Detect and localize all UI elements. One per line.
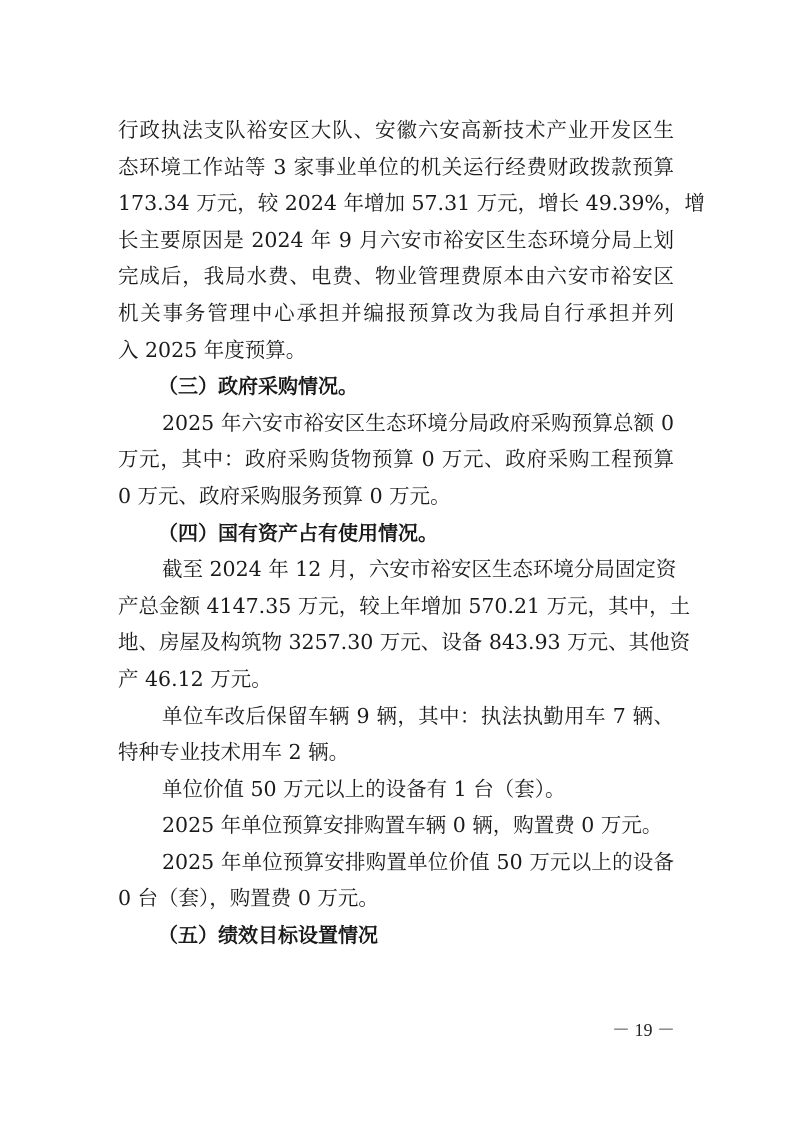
text-line: 万元，其中：政府采购货物预算 0 万元、政府采购工程预算 [118, 441, 674, 478]
text-line: 行政执法支队裕安区大队、安徽六安高新技术产业开发区生 [118, 112, 674, 149]
text-line: 截至 2024 年 12 月，六安市裕安区生态环境分局固定资 [118, 551, 674, 588]
text-line: 地、房屋及构筑物 3257.30 万元、设备 843.93 万元、其他资 [118, 624, 674, 661]
text-line: 入 2025 年度预算。 [118, 332, 674, 369]
text-line: 单位价值 50 万元以上的设备有 1 台（套）。 [118, 771, 674, 808]
paragraph-vehicles: 单位车改后保留车辆 9 辆，其中：执法执勤用车 7 辆、 特种专业技术用车 2 … [118, 698, 674, 771]
paragraph-fixed-assets: 截至 2024 年 12 月，六安市裕安区生态环境分局固定资 产总金额 4147… [118, 551, 674, 697]
page-number: － 19 － [612, 1016, 675, 1042]
document-page-body: 行政执法支队裕安区大队、安徽六安高新技术产业开发区生 态环境工作站等 3 家事业… [118, 112, 674, 954]
text-line: 机关事务管理中心承担并编报预算改为我局自行承担并列 [118, 295, 674, 332]
text-line: 长主要原因是 2024 年 9 月六安市裕安区生态环境分局上划 [118, 222, 674, 259]
section-heading-government-procurement: （三）政府采购情况。 [118, 368, 674, 405]
text-line: 0 台（套），购置费 0 万元。 [118, 880, 674, 917]
text-line: 2025 年六安市裕安区生态环境分局政府采购预算总额 0 [118, 405, 674, 442]
text-line: 产总金额 4147.35 万元，较上年增加 570.21 万元，其中，土 [118, 588, 674, 625]
text-line: 产 46.12 万元。 [118, 661, 674, 698]
text-line: 特种专业技术用车 2 辆。 [118, 734, 674, 771]
text-line: 0 万元、政府采购服务预算 0 万元。 [118, 478, 674, 515]
paragraph-procurement: 2025 年六安市裕安区生态环境分局政府采购预算总额 0 万元，其中：政府采购货… [118, 405, 674, 515]
paragraph-equipment: 单位价值 50 万元以上的设备有 1 台（套）。 [118, 771, 674, 808]
section-heading-performance-goals: （五）绩效目标设置情况 [118, 917, 674, 954]
text-line: 2025 年单位预算安排购置单位价值 50 万元以上的设备 [118, 844, 674, 881]
paragraph-operating-expenses: 行政执法支队裕安区大队、安徽六安高新技术产业开发区生 态环境工作站等 3 家事业… [118, 112, 674, 368]
text-line: 2025 年单位预算安排购置车辆 0 辆，购置费 0 万元。 [118, 807, 674, 844]
section-heading-state-assets: （四）国有资产占有使用情况。 [118, 515, 674, 552]
paragraph-vehicle-purchase: 2025 年单位预算安排购置车辆 0 辆，购置费 0 万元。 [118, 807, 674, 844]
text-line: 173.34 万元，较 2024 年增加 57.31 万元，增长 49.39%，… [118, 185, 674, 222]
paragraph-equipment-purchase: 2025 年单位预算安排购置单位价值 50 万元以上的设备 0 台（套），购置费… [118, 844, 674, 917]
text-line: 单位车改后保留车辆 9 辆，其中：执法执勤用车 7 辆、 [118, 698, 674, 735]
text-line: 完成后，我局水费、电费、物业管理费原本由六安市裕安区 [118, 258, 674, 295]
text-line: 态环境工作站等 3 家事业单位的机关运行经费财政拨款预算 [118, 149, 674, 186]
